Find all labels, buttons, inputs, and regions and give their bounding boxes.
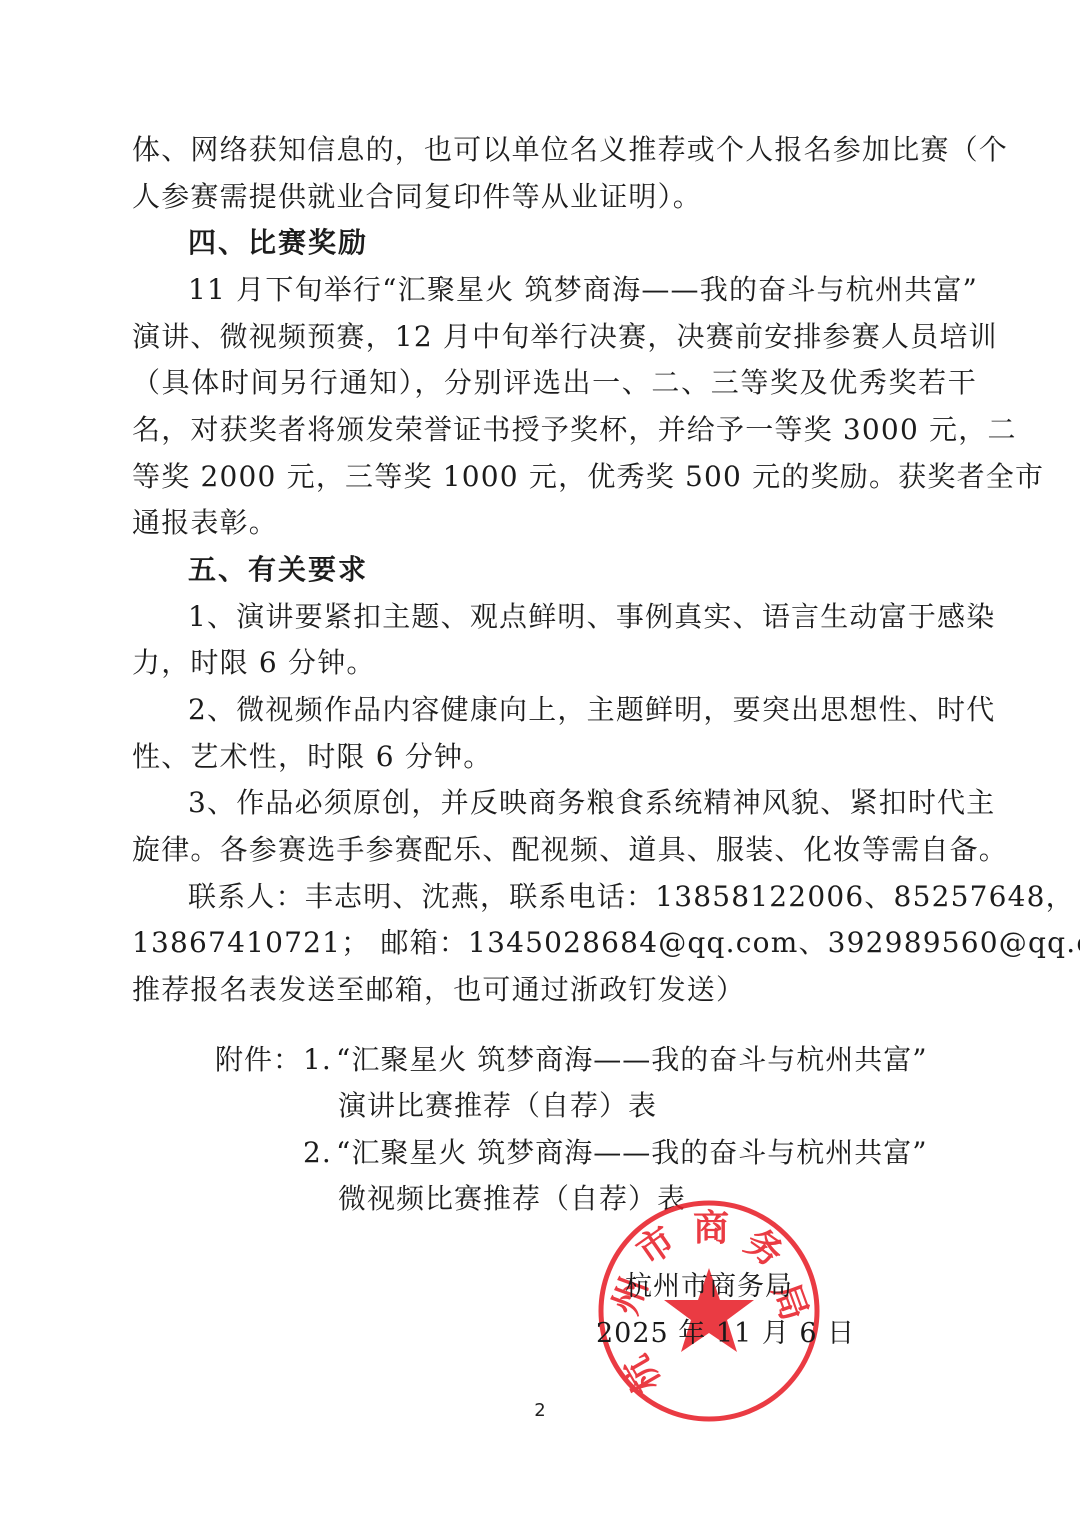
attachment-1-subtitle: 演讲比赛推荐（自荐）表	[338, 1089, 657, 1123]
paragraph-line: 1、演讲要紧扣主题、观点鲜明、事例真实、语言生动富于感染	[188, 600, 977, 634]
paragraph-line: 推荐报名表发送至邮箱，也可通过浙政钉发送）	[132, 973, 977, 1007]
document-page: 体、网络获知信息的，也可以单位名义推荐或个人报名参加比赛（个 人参赛需提供就业合…	[0, 0, 1080, 1527]
contact-line: 联系人：丰志明、沈燕，联系电话：13858122006、85257648，	[188, 880, 977, 914]
paragraph-line: 名，对获奖者将颁发荣誉证书授予奖杯，并给予一等奖 3000 元，二	[132, 413, 977, 447]
paragraph-line: 力，时限 6 分钟。	[132, 646, 977, 680]
section-heading-requirements: 五、有关要求	[188, 553, 977, 587]
attachments-label: 附件：	[215, 1043, 302, 1077]
stamp-char: 商	[693, 1208, 729, 1249]
section-heading-awards: 四、比赛奖励	[188, 226, 977, 260]
paragraph-line: 人参赛需提供就业合同复印件等从业证明）。	[132, 180, 977, 214]
paragraph-line: 性、艺术性，时限 6 分钟。	[132, 740, 977, 774]
paragraph-line: 3、作品必须原创，并反映商务粮食系统精神风貌、紧扣时代主	[188, 786, 977, 820]
contact-email-line: 13867410721； 邮箱：1345028684@qq.com、392989…	[132, 926, 977, 960]
attachment-2-number: 2.	[303, 1136, 332, 1170]
paragraph-line: 11 月下旬举行“汇聚星火 筑梦商海——我的奋斗与杭州共富”	[188, 273, 977, 307]
paragraph-line: 演讲、微视频预赛，12 月中旬举行决赛，决赛前安排参赛人员培训	[132, 320, 977, 354]
paragraph-line: （具体时间另行通知），分别评选出一、二、三等奖及优秀奖若干	[132, 366, 977, 400]
signature-date: 2025 年 11 月 6 日	[596, 1317, 855, 1351]
stamp-char: 杭	[616, 1348, 670, 1400]
paragraph-line: 2、微视频作品内容健康向上，主题鲜明，要突出思想性、时代	[188, 693, 977, 727]
paragraph-line: 等奖 2000 元，三等奖 1000 元，优秀奖 500 元的奖励。获奖者全市	[132, 460, 977, 494]
official-seal-icon: 杭 州 市 商 务 局	[594, 1196, 824, 1426]
signature-org: 杭州市商务局	[625, 1270, 793, 1304]
page-number: 2	[534, 1400, 545, 1421]
paragraph-line: 体、网络获知信息的，也可以单位名义推荐或个人报名参加比赛（个	[132, 133, 977, 167]
attachment-1-number: 1.	[303, 1043, 332, 1077]
attachment-1-title: “汇聚星火 筑梦商海——我的奋斗与杭州共富”	[336, 1043, 928, 1077]
attachment-2-title: “汇聚星火 筑梦商海——我的奋斗与杭州共富”	[336, 1136, 928, 1170]
paragraph-line: 旋律。各参赛选手参赛配乐、配视频、道具、服装、化妆等需自备。	[132, 833, 977, 867]
paragraph-line: 通报表彰。	[132, 506, 977, 540]
